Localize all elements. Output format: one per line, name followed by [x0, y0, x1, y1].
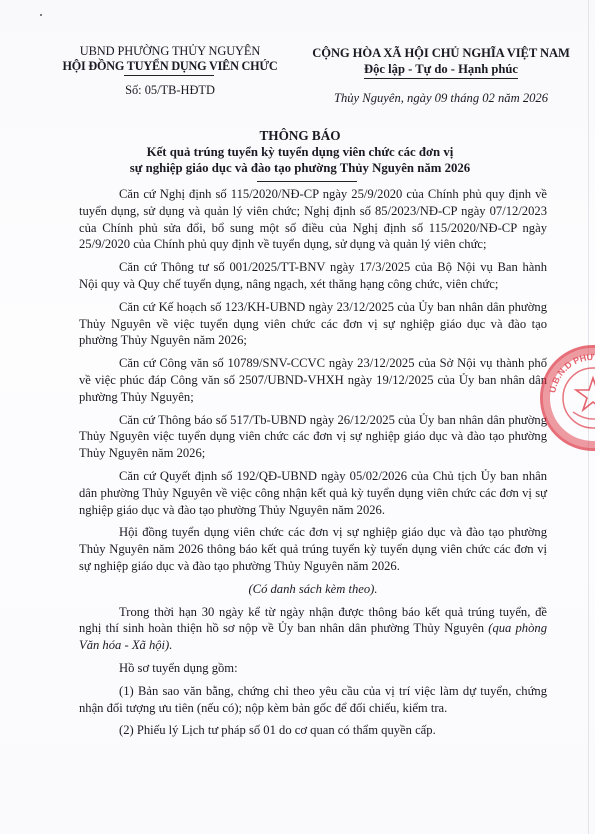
parent-organization: UBND PHƯỜNG THỦY NGUYÊN	[52, 44, 288, 59]
dossier-intro: Hồ sơ tuyển dụng gồm:	[79, 660, 547, 677]
seal-emblem-icon: U.B.N.D PHƯỜNG THỦY NGUYÊN	[543, 348, 595, 448]
title-subtitle-line-2: sự nghiệp giáo dục và đào tạo phường Thủ…	[40, 160, 560, 176]
national-motto: Độc lập - Tự do - Hạnh phúc	[364, 61, 518, 79]
announcement-paragraph: Hội đồng tuyển dụng viên chức các đơn vị…	[79, 524, 547, 574]
document-body: Căn cứ Nghị định số 115/2020/NĐ-CP ngày …	[79, 186, 547, 745]
legal-basis-paragraph: Căn cứ Công văn số 10789/SNV-CCVC ngày 2…	[79, 355, 547, 405]
legal-basis-paragraph: Căn cứ Kế hoạch số 123/KH-UBND ngày 23/1…	[79, 299, 547, 349]
legal-basis-paragraph: Căn cứ Thông báo số 517/Tb-UBND ngày 26/…	[79, 412, 547, 462]
dossier-item: (1) Bản sao văn bằng, chứng chỉ theo yêu…	[79, 683, 547, 717]
issuing-council-name: HỘI ĐỒNG TUYỂN DỤNG VIÊN CHỨC	[62, 59, 277, 73]
issuing-authority-header: UBND PHƯỜNG THỦY NGUYÊN HỘI ĐỒNG TUYỂN D…	[52, 44, 288, 98]
issuing-council: HỘI ĐỒNG TUYỂN DỤNG VIÊN CHỨC	[52, 59, 288, 74]
title-subtitle-line-1: Kết quả trúng tuyển kỳ tuyển dụng viên c…	[40, 144, 560, 160]
document-page: UBND PHƯỜNG THỦY NGUYÊN HỘI ĐỒNG TUYỂN D…	[0, 0, 595, 834]
header-underline	[124, 75, 214, 76]
legal-basis-paragraph: Căn cứ Thông tư số 001/2025/TT-BNV ngày …	[79, 259, 547, 293]
document-title: THÔNG BÁO Kết quả trúng tuyển kỳ tuyển d…	[40, 128, 560, 176]
national-header: CỘNG HÒA XÃ HỘI CHỦ NGHĨA VIỆT NAM Độc l…	[296, 45, 586, 106]
legal-basis-paragraph: Căn cứ Nghị định số 115/2020/NĐ-CP ngày …	[79, 186, 547, 253]
dossier-item: (2) Phiếu lý Lịch tư pháp số 01 do cơ qu…	[79, 722, 547, 739]
legal-basis-paragraph: Căn cứ Quyết định số 192/QĐ-UBND ngày 05…	[79, 468, 547, 518]
deadline-paragraph: Trong thời hạn 30 ngày kể từ ngày nhận đ…	[79, 604, 547, 654]
official-red-seal: U.B.N.D PHƯỜNG THỦY NGUYÊN	[540, 345, 595, 451]
attachment-note: (Có danh sách kèm theo).	[79, 581, 547, 598]
deadline-text: Trong thời hạn 30 ngày kể từ ngày nhận đ…	[79, 605, 547, 636]
place-and-date: Thủy Nguyên, ngày 09 tháng 02 năm 2026	[296, 90, 586, 106]
title-heading: THÔNG BÁO	[40, 128, 560, 144]
document-number: Số: 05/TB-HĐTD	[52, 83, 288, 98]
scan-speck	[40, 14, 42, 16]
nation-name: CỘNG HÒA XÃ HỘI CHỦ NGHĨA VIỆT NAM	[296, 45, 586, 61]
title-underline	[257, 181, 357, 182]
